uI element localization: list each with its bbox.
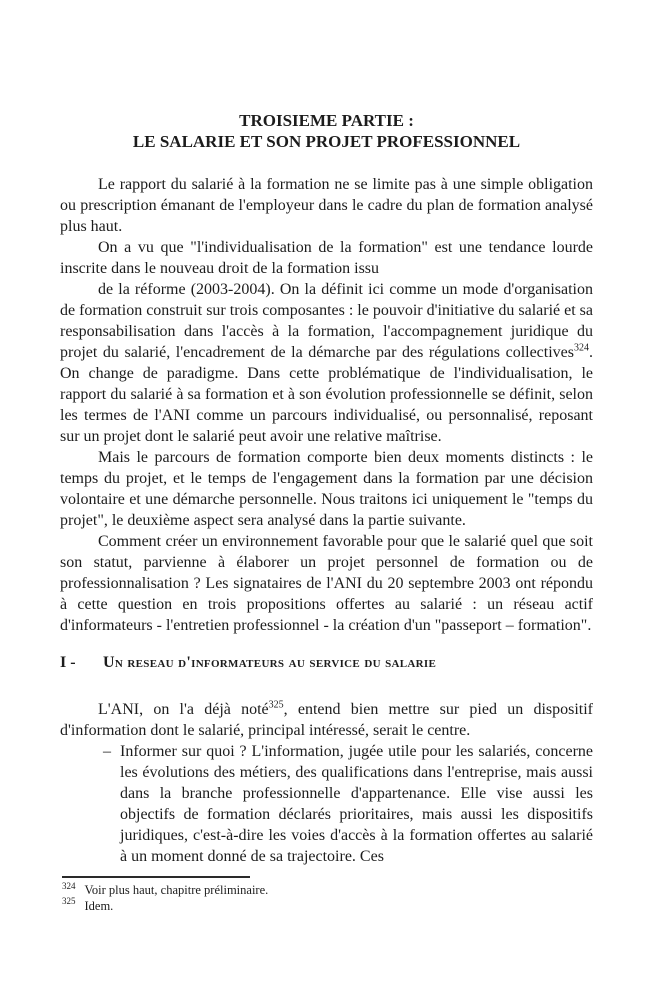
section-1-paragraph-1: L'ANI, on l'a déjà noté325, entend bien … xyxy=(60,699,593,741)
footnote-separator xyxy=(62,876,250,878)
part-title: TROISIEME PARTIE : LE SALARIE ET SON PRO… xyxy=(60,110,593,152)
part-title-line2: LE SALARIE ET SON PROJET PROFESSIONNEL xyxy=(60,131,593,152)
footnote-325: 325Idem. xyxy=(62,899,595,915)
footnote-324: 324Voir plus haut, chapitre préliminaire… xyxy=(62,883,595,899)
footnote-ref-324: 324 xyxy=(574,343,589,354)
footnote-325-text: Idem. xyxy=(85,899,114,913)
section-1-paragraph-1-text: L'ANI, on l'a déjà noté xyxy=(98,701,269,718)
paragraph-1: Le rapport du salarié à la formation ne … xyxy=(60,174,593,237)
section-heading-1: I - Un reseau d'informateurs au service … xyxy=(60,652,593,673)
list-item: –Informer sur quoi ? L'information, jugé… xyxy=(60,741,593,867)
list-item-text: Informer sur quoi ? L'information, jugée… xyxy=(120,743,593,865)
section-numeral: I - xyxy=(60,652,103,673)
bullet-dash: – xyxy=(103,741,120,762)
footnote-ref-325: 325 xyxy=(269,700,284,711)
paragraph-3: de la réforme (2003-2004). On la définit… xyxy=(60,279,593,447)
footnote-325-number: 325 xyxy=(62,896,76,906)
paragraph-5: Comment créer un environnement favorable… xyxy=(60,531,593,636)
footnote-324-number: 324 xyxy=(62,881,76,891)
paragraph-2: On a vu que "l'individualisation de la f… xyxy=(60,237,593,279)
footnote-324-text: Voir plus haut, chapitre préliminaire. xyxy=(85,883,269,897)
section-title: Un reseau d'informateurs au service du s… xyxy=(103,652,436,673)
footnotes-section: 324Voir plus haut, chapitre préliminaire… xyxy=(62,876,595,914)
paragraph-3-text: de la réforme (2003-2004). On la définit… xyxy=(60,281,593,361)
document-page: TROISIEME PARTIE : LE SALARIE ET SON PRO… xyxy=(0,0,650,1007)
part-title-line1: TROISIEME PARTIE : xyxy=(60,110,593,131)
paragraph-4: Mais le parcours de formation comporte b… xyxy=(60,447,593,531)
page-content: TROISIEME PARTIE : LE SALARIE ET SON PRO… xyxy=(60,110,593,867)
